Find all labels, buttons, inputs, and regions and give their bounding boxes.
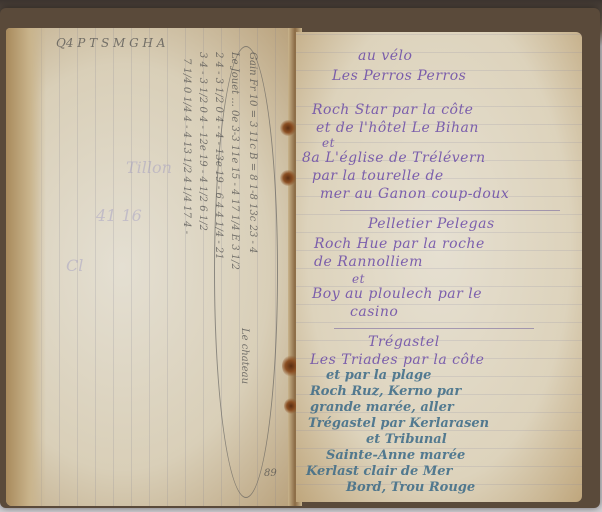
ghost-text: 41 16 xyxy=(96,206,142,225)
handwritten-line: 8a L'église de Trélévern xyxy=(302,150,486,166)
handwritten-line: et xyxy=(322,136,335,150)
worn-page-edge xyxy=(6,28,46,506)
handwritten-line: Les Triades par la côte xyxy=(310,352,484,368)
ghost-text: Tillon xyxy=(126,158,172,177)
section-rule xyxy=(334,328,534,329)
pencil-column: 7 1/4 0 1/4 4 - 4 13 1/2 4 1/4 17 4 - xyxy=(181,58,192,234)
handwritten-line: Sainte-Anne marée xyxy=(326,448,465,463)
handwritten-line: Les Perros Perros xyxy=(332,68,466,84)
handwritten-line: Roch Ruz, Kerno par xyxy=(310,384,461,399)
handwritten-line: Roch Hue par la roche xyxy=(314,236,485,252)
handwritten-line: Boy au ploulech par le xyxy=(312,286,482,302)
section-rule xyxy=(340,210,560,211)
handwritten-line: Bord, Trou Rouge xyxy=(346,480,475,495)
handwritten-line: de Rannolliem xyxy=(314,254,423,270)
rust-stain xyxy=(280,120,296,136)
section-title: Pelletier Pelegas xyxy=(368,216,495,232)
pencil-column: 2 4 - 3 1/2 0 4 - 4 - 13e 19 - 6 4 4 1/4… xyxy=(213,52,224,260)
handwritten-line: grande marée, aller xyxy=(310,400,454,415)
handwritten-line: au vélo xyxy=(358,48,412,64)
left-page: Q4 P T S M G H A Tillon 41 16 Cl Gain Fr… xyxy=(6,28,296,506)
ghost-text: Cl xyxy=(66,256,83,275)
handwritten-line: Trégastel par Kerlarasen xyxy=(308,416,489,431)
section-title: Trégastel xyxy=(368,334,440,350)
handwritten-line: Kerlast clair de Mer xyxy=(306,464,452,479)
handwritten-line: casino xyxy=(350,304,398,320)
handwritten-line: et par la plage xyxy=(326,368,431,383)
pencil-column: Gain Fr 10 = 3 11c B = 8 1-8 13c 23 - 4 xyxy=(247,52,258,253)
pencil-column: Le Jouet ... 0e 3-3 11e 15 - 4 17 1/4 E … xyxy=(229,52,240,270)
margin-note: Le chateau xyxy=(239,328,250,384)
left-top-row: Q4 P T S M G H A xyxy=(56,36,165,50)
handwritten-line: et xyxy=(352,272,365,286)
rust-stain xyxy=(280,170,296,186)
right-page: au vélo Les Perros Perros Roch Star par … xyxy=(296,32,582,502)
pencil-column: 3 4 - 3 1/2 0 4 - 12e 19 - 4 1/2 6 1/2 xyxy=(197,52,208,231)
handwritten-line: Roch Star par la côte xyxy=(312,102,473,118)
end-mark: 89 xyxy=(264,468,277,479)
handwritten-line: et de l'hôtel Le Bihan xyxy=(316,120,479,136)
handwritten-line: mer au Ganon coup-doux xyxy=(320,186,509,202)
handwritten-line: et Tribunal xyxy=(366,432,447,447)
handwritten-line: par la tourelle de xyxy=(312,168,444,184)
